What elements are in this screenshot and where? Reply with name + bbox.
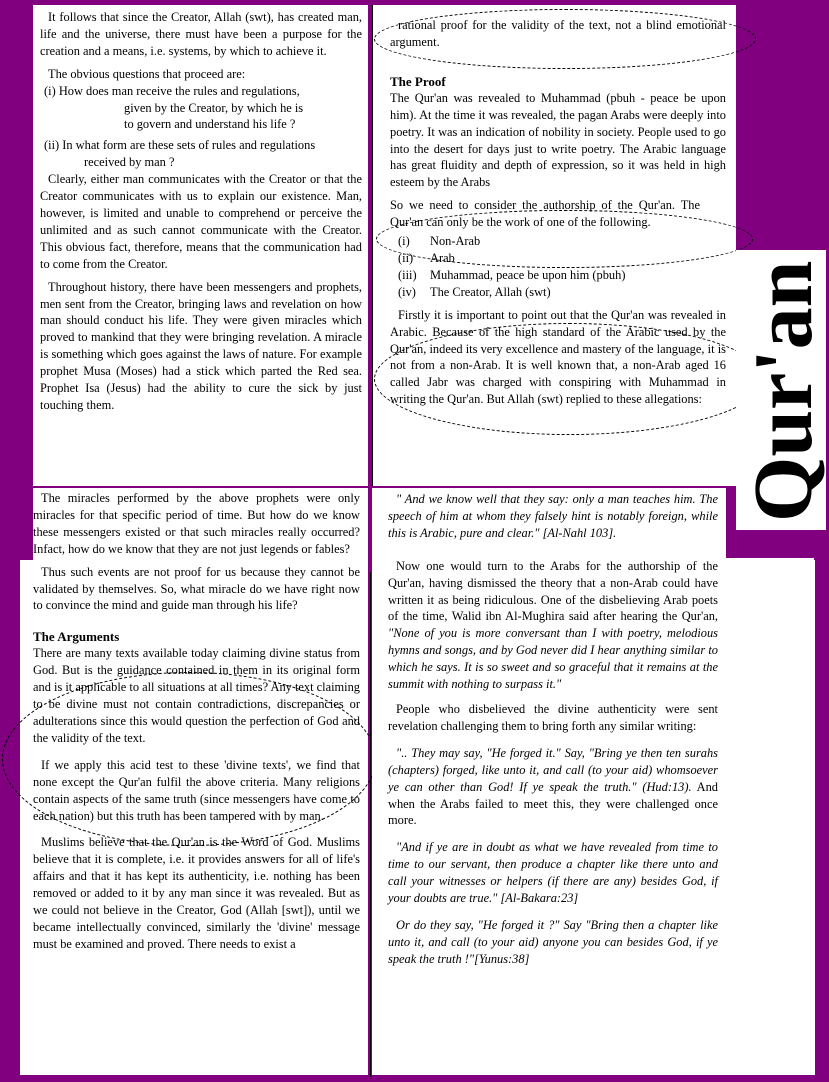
quote-yunus: Or do they say, "He forged it ?" Say "Br… [388, 917, 718, 968]
paragraph-rational-proof: rational proof for the validity of the t… [390, 17, 726, 51]
paragraph-prophets: Throughout history, there have been mess… [40, 279, 362, 414]
option-item: (iii)Muhammad, peace be upon him (pbuh) [398, 267, 726, 284]
paragraph-hud: ".. They may say, "He forged it." Say, "… [388, 745, 718, 830]
paragraph-authorship: So we need to consider the authorship of… [390, 197, 700, 231]
paragraph-purpose: It follows that since the Creator, Allah… [40, 9, 362, 60]
paragraph-validation: Thus such events are not proof for us be… [33, 564, 360, 615]
paragraph-arab-poets: Now one would turn to the Arabs for the … [388, 558, 718, 693]
quote-al-bakara: "And if ye are in doubt as what we have … [388, 839, 718, 907]
heading-the-proof: The Proof [390, 73, 726, 90]
question-number: (ii) [44, 138, 59, 152]
question-number: (i) [44, 84, 56, 98]
question-text: How does man receive the rules and regul… [59, 84, 300, 98]
question-text: given by the Creator, by which he is [44, 100, 362, 117]
question-text: received by man ? [44, 154, 362, 171]
quote-hud: ".. They may say, "He forged it." Say, "… [388, 746, 718, 794]
paragraph-challenge: People who disbelieved the divine authen… [388, 701, 718, 735]
paragraph-communication: Clearly, either man communicates with th… [40, 171, 362, 272]
bottom-right-text: " And we know well that they say: only a… [388, 491, 718, 974]
paragraph-muslims-believe: Muslims believe that the Qur'an is the W… [33, 834, 360, 952]
question-text: to govern and understand his life ? [44, 116, 362, 133]
paragraph-divine-texts: There are many texts available today cla… [33, 645, 360, 746]
panel-top-right: rational proof for the validity of the t… [372, 5, 736, 486]
article-text: rational proof for the validity of the t… [390, 17, 726, 408]
paragraph-questions-intro: The obvious questions that proceed are: [40, 66, 362, 83]
question-1: (i) How does man receive the rules and r… [40, 83, 362, 134]
paragraph-miracles: The miracles performed by the above prop… [33, 490, 360, 558]
option-item: (ii)Arab [398, 250, 726, 267]
authorship-options: (i)Non-Arab (ii)Arab (iii)Muhammad, peac… [390, 233, 726, 301]
heading-the-arguments: The Arguments [33, 628, 360, 645]
bottom-left-text: The miracles performed by the above prop… [33, 490, 360, 959]
question-text: In what form are these sets of rules and… [62, 138, 315, 152]
title-quran: Qur'an [740, 261, 828, 522]
paragraph-revelation: The Qur'an was revealed to Muhammad (pbu… [390, 90, 726, 191]
panel-top-left: It follows that since the Creator, Allah… [33, 5, 368, 486]
option-item: (iv)The Creator, Allah (swt) [398, 284, 726, 301]
quote-al-nahl: " And we know well that they say: only a… [388, 491, 718, 542]
column-rule [370, 572, 371, 1077]
column-rule [372, 5, 373, 486]
quote-walid: "None of you is more conversant than I w… [388, 626, 718, 691]
article-text: It follows that since the Creator, Allah… [40, 9, 362, 414]
question-2: (ii) In what form are these sets of rule… [40, 137, 362, 171]
paragraph-acid-test: If we apply this acid test to these 'div… [33, 757, 360, 825]
option-item: (i)Non-Arab [398, 233, 726, 250]
paragraph-arabic: Firstly it is important to point out tha… [390, 307, 726, 408]
